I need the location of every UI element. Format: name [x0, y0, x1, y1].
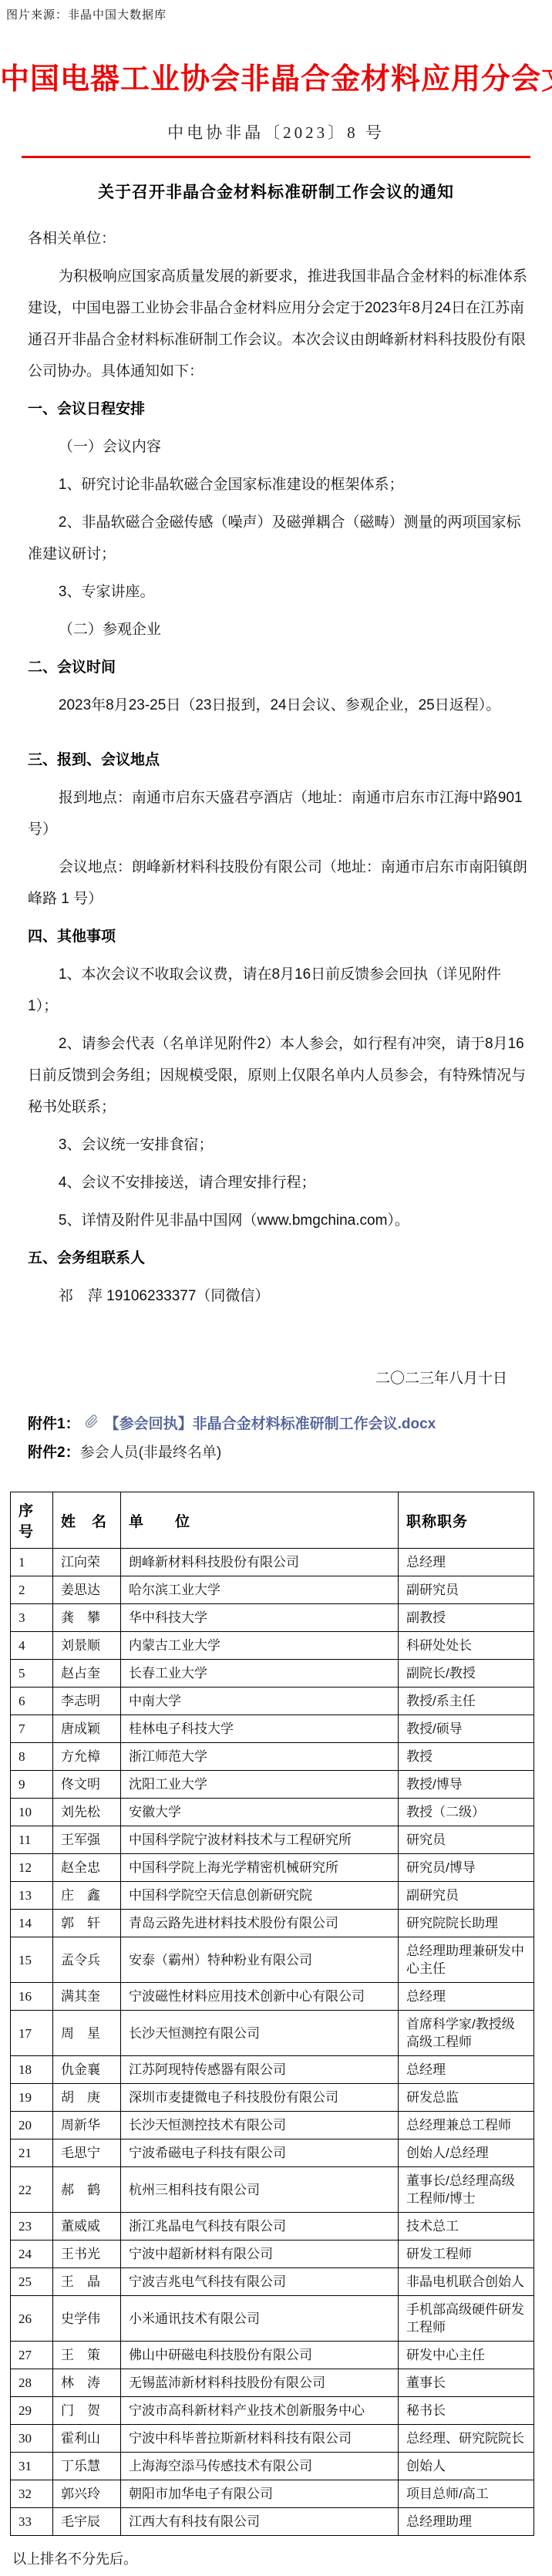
attendee-org: 中国科学院上海光学精密机械研究所 [121, 1854, 399, 1882]
paragraph: 3、专家讲座。 [28, 576, 529, 608]
attendee-org: 中南大学 [121, 1688, 399, 1715]
row-number: 11 [11, 1826, 53, 1854]
attendee-title: 总经理兼总工程师 [399, 2112, 534, 2139]
row-number: 13 [11, 1882, 53, 1910]
attendee-name: 赵全忠 [53, 1854, 121, 1882]
attendee-title: 教授/系主任 [399, 1688, 534, 1715]
attendee-org: 宁波吉兆电气科技有限公司 [121, 2268, 399, 2296]
attendee-org: 朗峰新材料科技股份有限公司 [121, 1549, 399, 1576]
red-divider [22, 156, 530, 158]
attendee-title: 技术总工 [399, 2213, 534, 2241]
attendee-org: 青岛云路先进材料技术股份有限公司 [121, 1910, 399, 1937]
attendee-name: 王书光 [53, 2241, 121, 2268]
table-row: 29门 贺宁波市高科新材料产业技术创新服务中心秘书长 [11, 2397, 534, 2425]
attendee-table: 序号姓 名单 位职称职务 1江向荣朗峰新材料科技股份有限公司总经理2姜思达哈尔滨… [10, 1492, 534, 2536]
attendee-title: 总经理 [399, 1549, 534, 1576]
attendee-org: 长沙天恒测控技术有限公司 [121, 2112, 399, 2139]
attendee-name: 江向荣 [53, 1549, 121, 1576]
table-row: 26史学伟小米通讯技术有限公司手机部高级硬件研发工程师 [11, 2296, 534, 2342]
row-number: 7 [11, 1715, 53, 1743]
row-number: 31 [11, 2453, 53, 2480]
table-row: 20周新华长沙天恒测控技术有限公司总经理兼总工程师 [11, 2112, 534, 2139]
table-row: 5赵占奎长春工业大学副院长/教授 [11, 1660, 534, 1688]
table-row: 16满其奎宁波磁性材料应用技术创新中心有限公司总经理 [11, 1983, 534, 2011]
attendee-name: 王 策 [53, 2342, 121, 2369]
attendee-name: 孟令兵 [53, 1937, 121, 1983]
letterhead-title: 中国电器工业协会非晶合金材料应用分会文件 [0, 55, 552, 97]
attendee-title: 教授/博导 [399, 1771, 534, 1799]
attendee-org: 中国科学院宁波材料技术与工程研究所 [121, 1826, 399, 1854]
row-number: 4 [11, 1632, 53, 1660]
table-row: 8方允樟浙江师范大学教授 [11, 1743, 534, 1771]
table-row: 6李志明中南大学教授/系主任 [11, 1688, 534, 1715]
row-number: 27 [11, 2342, 53, 2369]
row-number: 14 [11, 1910, 53, 1937]
attendee-org: 小米通讯技术有限公司 [121, 2296, 399, 2342]
paragraph: 5、详情及附件见非晶中国网（www.bmgchina.com）。 [28, 1205, 529, 1236]
table-row: 18仇金襄江苏阿现特传感器有限公司总经理 [11, 2056, 534, 2084]
table-row: 27王 策佛山中研磁电科技股份有限公司研发中心主任 [11, 2342, 534, 2369]
attendee-name: 史学伟 [53, 2296, 121, 2342]
table-row: 7唐成颖桂林电子科技大学教授/硕导 [11, 1715, 534, 1743]
paragraph: 3、会议统一安排食宿； [28, 1129, 529, 1161]
attendee-name: 姜思达 [53, 1576, 121, 1604]
attendee-org: 江苏阿现特传感器有限公司 [121, 2056, 399, 2084]
column-header: 姓 名 [53, 1492, 121, 1549]
attendee-title: 董事长 [399, 2369, 534, 2397]
attendee-name: 丁乐慧 [53, 2453, 121, 2480]
attendee-title: 秘书长 [399, 2397, 534, 2425]
doc-number: 中电协非晶〔2023〕8 号 [0, 120, 552, 143]
row-number: 21 [11, 2139, 53, 2167]
attendee-org: 佛山中研磁电科技股份有限公司 [121, 2342, 399, 2369]
attendee-title: 研发中心主任 [399, 2342, 534, 2369]
attendee-org: 深圳市麦捷微电子科技股份有限公司 [121, 2084, 399, 2112]
attachment-2-line: 附件2： 参会人员(非最终名单) [28, 1440, 529, 1465]
table-row: 32郭兴玲朝阳市加华电子有限公司项目总师/高工 [11, 2480, 534, 2508]
attendee-name: 佟文明 [53, 1771, 121, 1799]
table-row: 15孟令兵安泰（霸州）特种粉业有限公司总经理助理兼研发中心主任 [11, 1937, 534, 1983]
paragraph: 1、本次会议不收取会议费，请在8月16日前反馈参会回执（详见附件1）； [28, 959, 529, 1022]
attendee-org: 浙江兆晶电气科技有限公司 [121, 2213, 399, 2241]
attendee-name: 唐成颖 [53, 1715, 121, 1743]
table-row: 30霍利山宁波中科毕普拉斯新材料科技有限公司总经理、研究院院长 [11, 2425, 534, 2453]
attendee-title: 副研究员 [399, 1882, 534, 1910]
row-number: 28 [11, 2369, 53, 2397]
document-page: 图片来源：非晶中国大数据库 中国电器工业协会非晶合金材料应用分会文件 中电协非晶… [0, 0, 552, 2576]
row-number: 18 [11, 2056, 53, 2084]
attachment-1-line: 附件1： 【参会回执】非晶合金材料标准研制工作会议.docx [28, 1411, 529, 1437]
attendee-title: 教授 [399, 1743, 534, 1771]
attendee-title: 研发总监 [399, 2084, 534, 2112]
attendee-title: 创始人/总经理 [399, 2139, 534, 2167]
attendee-name: 庄 鑫 [53, 1882, 121, 1910]
attendee-name: 方允樟 [53, 1743, 121, 1771]
attendee-org: 江西大有科技有限公司 [121, 2508, 399, 2536]
paragraph: 各相关单位： [28, 223, 529, 255]
attendee-name: 门 贺 [53, 2397, 121, 2425]
column-header: 序号 [11, 1492, 53, 1549]
row-number: 23 [11, 2213, 53, 2241]
table-row: 3龚 攀华中科技大学副教授 [11, 1604, 534, 1632]
attendee-name: 胡 庚 [53, 2084, 121, 2112]
column-header: 单 位 [121, 1492, 399, 1549]
attendee-org: 安徽大学 [121, 1799, 399, 1826]
row-number: 16 [11, 1983, 53, 2011]
paragraph: 四、其他事项 [28, 921, 529, 953]
paragraph: 为积极响应国家高质量发展的新要求，推进我国非晶合金材料的标准体系建设，中国电器工… [28, 261, 529, 387]
attendee-title: 非晶电机联合创始人 [399, 2268, 534, 2296]
paragraph: 一、会议日程安排 [28, 393, 529, 425]
attendee-title: 副教授 [399, 1604, 534, 1632]
attendee-name: 毛思宁 [53, 2139, 121, 2167]
row-number: 15 [11, 1937, 53, 1983]
attendee-org: 中国科学院空天信息创新研究院 [121, 1882, 399, 1910]
attendee-org: 朝阳市加华电子有限公司 [121, 2480, 399, 2508]
row-number: 19 [11, 2084, 53, 2112]
attachments-section: 附件1： 【参会回执】非晶合金材料标准研制工作会议.docx 附件2： 参会人员… [0, 1401, 552, 1465]
attendee-org: 无锡蓝沛新材料科技股份有限公司 [121, 2369, 399, 2397]
column-header: 职称职务 [399, 1492, 534, 1549]
paragraph: 五、会务组联系人 [28, 1242, 529, 1274]
attendee-name: 龚 攀 [53, 1604, 121, 1632]
attendee-org: 安泰（霸州）特种粉业有限公司 [121, 1937, 399, 1983]
attendee-title: 创始人 [399, 2453, 534, 2480]
attendee-org: 华中科技大学 [121, 1604, 399, 1632]
paragraph: 二、会议时间 [28, 652, 529, 683]
table-header-row: 序号姓 名单 位职称职务 [11, 1492, 534, 1549]
row-number: 32 [11, 2480, 53, 2508]
attendee-title: 总经理助理兼研发中心主任 [399, 1937, 534, 1983]
attendee-title: 项目总师/高工 [399, 2480, 534, 2508]
paragraph: 报到地点：南通市启东天盛君亭酒店（地址：南通市启东市江海中路901号） [28, 782, 529, 845]
attachment-2-text: 参会人员(非最终名单) [80, 1440, 222, 1465]
table-row: 31丁乐慧上海海空添马传感技术有限公司创始人 [11, 2453, 534, 2480]
attendee-org: 宁波磁性材料应用技术创新中心有限公司 [121, 1983, 399, 2011]
attendee-org: 内蒙古工业大学 [121, 1632, 399, 1660]
table-row: 14郭 轩青岛云路先进材料技术股份有限公司研究院院长助理 [11, 1910, 534, 1937]
attendee-title: 科研处处长 [399, 1632, 534, 1660]
table-row: 9佟文明沈阳工业大学教授/博导 [11, 1771, 534, 1799]
table-row: 11王军强中国科学院宁波材料技术与工程研究所研究员 [11, 1826, 534, 1854]
attendee-name: 周 星 [53, 2011, 121, 2056]
attachment-1-link[interactable]: 【参会回执】非晶合金材料标准研制工作会议.docx [105, 1411, 436, 1437]
row-number: 25 [11, 2268, 53, 2296]
attendee-title: 总经理 [399, 2056, 534, 2084]
paragraph: （二）参观企业 [28, 614, 529, 646]
table-row: 12赵全忠中国科学院上海光学精密机械研究所研究员/博导 [11, 1854, 534, 1882]
paragraph: 2、非晶软磁合金磁传感（噪声）及磁弹耦合（磁畴）测量的两项国家标准建议研讨； [28, 507, 529, 570]
attendee-org: 浙江师范大学 [121, 1743, 399, 1771]
row-number: 10 [11, 1799, 53, 1826]
attendee-name: 毛宇辰 [53, 2508, 121, 2536]
attendee-name: 刘景顺 [53, 1632, 121, 1660]
table-row: 17周 星长沙天恒测控有限公司首席科学家/教授级高级工程师 [11, 2011, 534, 2056]
paragraph: 二〇二三年八月十日 [28, 1363, 529, 1394]
notice-body: 各相关单位：为积极响应国家高质量发展的新要求，推进我国非晶合金材料的标准体系建设… [0, 203, 552, 1394]
attendee-title: 总经理、研究院院长 [399, 2425, 534, 2453]
paragraph: 三、报到、会议地点 [28, 744, 529, 776]
attachment-1-label: 附件1： [28, 1411, 80, 1437]
table-row: 25王 晶宁波吉兆电气科技有限公司非晶电机联合创始人 [11, 2268, 534, 2296]
attendee-title: 手机部高级硬件研发工程师 [399, 2296, 534, 2342]
paragraph: 1、研究讨论非晶软磁合金国家标准建设的框架体系； [28, 469, 529, 501]
table-row: 28林 涛无锡蓝沛新材料科技股份有限公司董事长 [11, 2369, 534, 2397]
row-number: 5 [11, 1660, 53, 1688]
attendee-title: 研究员 [399, 1826, 534, 1854]
attendee-org: 桂林电子科技大学 [121, 1715, 399, 1743]
attendee-name: 王 晶 [53, 2268, 121, 2296]
paragraph: 4、会议不安排接送，请合理安排行程； [28, 1167, 529, 1199]
table-row: 10刘先松安徽大学教授（二级） [11, 1799, 534, 1826]
attendee-title: 研发工程师 [399, 2241, 534, 2268]
attendee-org: 宁波希磁电子科技有限公司 [121, 2139, 399, 2167]
row-number: 20 [11, 2112, 53, 2139]
attendee-name: 刘先松 [53, 1799, 121, 1826]
attendee-org: 长沙天恒测控有限公司 [121, 2011, 399, 2056]
attendee-org: 上海海空添马传感技术有限公司 [121, 2453, 399, 2480]
table-row: 1江向荣朗峰新材料科技股份有限公司总经理 [11, 1549, 534, 1576]
row-number: 8 [11, 1743, 53, 1771]
attendee-org: 宁波市高科新材料产业技术创新服务中心 [121, 2397, 399, 2425]
attendee-title: 总经理助理 [399, 2508, 534, 2536]
attendee-name: 周新华 [53, 2112, 121, 2139]
table-row: 22郝 鹤杭州三相科技有限公司董事长/总经理高级工程师/博士 [11, 2167, 534, 2213]
row-number: 24 [11, 2241, 53, 2268]
attendee-org: 杭州三相科技有限公司 [121, 2167, 399, 2213]
attendee-name: 仇金襄 [53, 2056, 121, 2084]
attendee-title: 研究院院长助理 [399, 1910, 534, 1937]
attendee-org: 宁波中超新材料有限公司 [121, 2241, 399, 2268]
table-row: 4刘景顺内蒙古工业大学科研处处长 [11, 1632, 534, 1660]
attendee-name: 郝 鹤 [53, 2167, 121, 2213]
table-row: 23董威威浙江兆晶电气科技有限公司技术总工 [11, 2213, 534, 2241]
paragraph: 会议地点：朗峰新材料科技股份有限公司（地址：南通市启东市南阳镇朗峰路 1 号） [28, 851, 529, 915]
row-number: 3 [11, 1604, 53, 1632]
table-row: 2姜思达哈尔滨工业大学副研究员 [11, 1576, 534, 1604]
table-row: 19胡 庚深圳市麦捷微电子科技股份有限公司研发总监 [11, 2084, 534, 2112]
attendee-org: 哈尔滨工业大学 [121, 1576, 399, 1604]
row-number: 22 [11, 2167, 53, 2213]
attendee-org: 宁波中科毕普拉斯新材料科技有限公司 [121, 2425, 399, 2453]
table-row: 24王书光宁波中超新材料有限公司研发工程师 [11, 2241, 534, 2268]
paragraph: 2、请参会代表（名单详见附件2）本人参会，如行程有冲突，请于8月16日前反馈到会… [28, 1028, 529, 1123]
paragraph: 祁 萍 19106233377（同微信） [28, 1280, 529, 1312]
paragraph: （一）会议内容 [28, 431, 529, 463]
source-note: 图片来源：非晶中国大数据库 [0, 0, 552, 22]
paperclip-icon [85, 1411, 99, 1437]
table-row: 21毛思宁宁波希磁电子科技有限公司创始人/总经理 [11, 2139, 534, 2167]
attendee-title: 董事长/总经理高级工程师/博士 [399, 2167, 534, 2213]
attendee-title: 教授（二级） [399, 1799, 534, 1826]
attendee-name: 林 涛 [53, 2369, 121, 2397]
row-number: 29 [11, 2397, 53, 2425]
attendee-org: 长春工业大学 [121, 1660, 399, 1688]
attendee-name: 郭兴玲 [53, 2480, 121, 2508]
attendee-title: 总经理 [399, 1983, 534, 2011]
attendee-title: 教授/硕导 [399, 1715, 534, 1743]
row-number: 26 [11, 2296, 53, 2342]
attendee-name: 董威威 [53, 2213, 121, 2241]
row-number: 30 [11, 2425, 53, 2453]
attendee-name: 李志明 [53, 1688, 121, 1715]
attendee-name: 霍利山 [53, 2425, 121, 2453]
attachment-2-label: 附件2： [28, 1440, 80, 1465]
attendee-name: 满其奎 [53, 1983, 121, 2011]
attendee-title: 研究员/博导 [399, 1854, 534, 1882]
notice-title: 关于召开非晶合金材料标准研制工作会议的通知 [0, 180, 552, 203]
attendee-title: 副院长/教授 [399, 1660, 534, 1688]
row-number: 33 [11, 2508, 53, 2536]
attendee-title: 副研究员 [399, 1576, 534, 1604]
attendee-name: 郭 轩 [53, 1910, 121, 1937]
row-number: 12 [11, 1854, 53, 1882]
table-row: 13庄 鑫中国科学院空天信息创新研究院副研究员 [11, 1882, 534, 1910]
attendee-name: 王军强 [53, 1826, 121, 1854]
row-number: 6 [11, 1688, 53, 1715]
attendee-name: 赵占奎 [53, 1660, 121, 1688]
row-number: 17 [11, 2011, 53, 2056]
row-number: 9 [11, 1771, 53, 1799]
attendee-title: 首席科学家/教授级高级工程师 [399, 2011, 534, 2056]
attendee-org: 沈阳工业大学 [121, 1771, 399, 1799]
paragraph: 2023年8月23-25日（23日报到，24日会议、参观企业，25日返程）。 [28, 690, 529, 721]
table-row: 33毛宇辰江西大有科技有限公司总经理助理 [11, 2508, 534, 2536]
ranking-footnote: 以上排名不分先后。 [12, 2548, 552, 2576]
row-number: 2 [11, 1576, 53, 1604]
attendee-table-wrap: 序号姓 名单 位职称职务 1江向荣朗峰新材料科技股份有限公司总经理2姜思达哈尔滨… [10, 1492, 552, 2536]
row-number: 1 [11, 1549, 53, 1576]
